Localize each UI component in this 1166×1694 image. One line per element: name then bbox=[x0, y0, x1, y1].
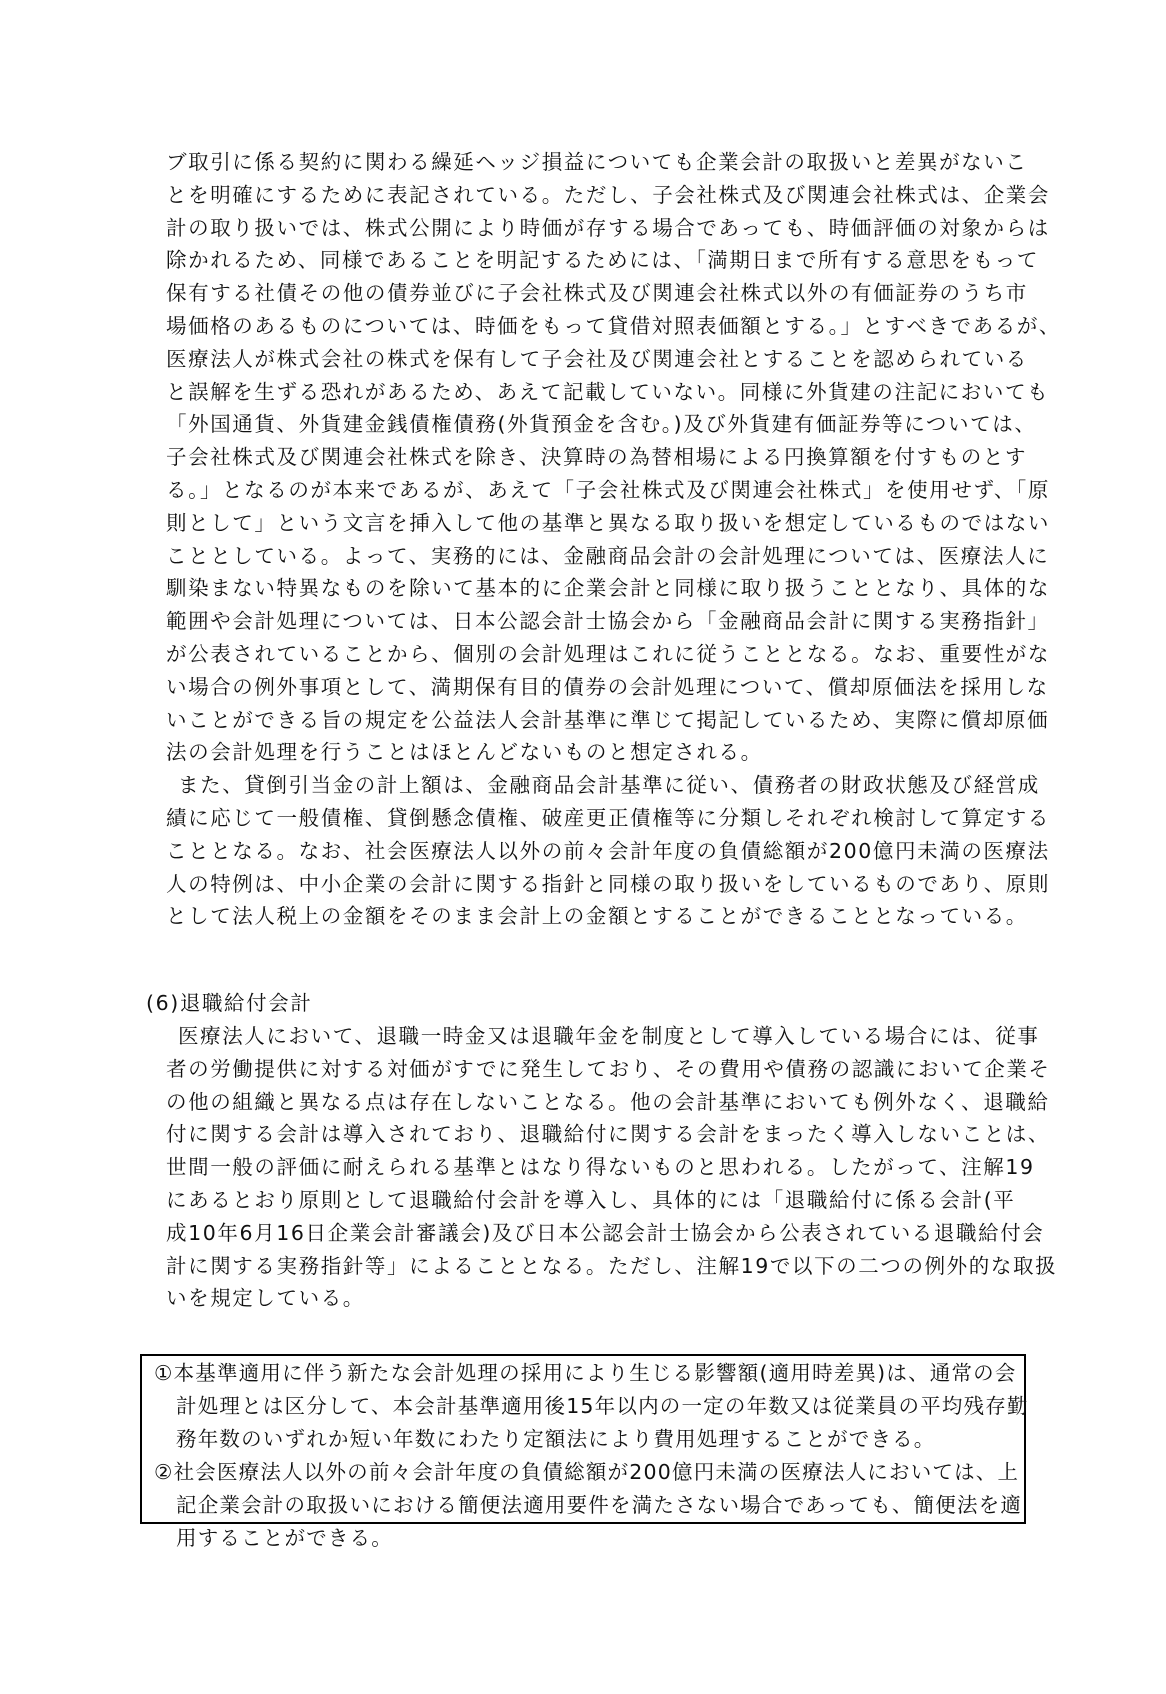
text-line: る。」となるのが本来であるが、あえて「子会社株式及び関連会社株式」を使用せず、「… bbox=[166, 474, 1028, 507]
exception-item-1-line: 務年数のいずれか短い年数にわたり定額法により費用処理することができる。 bbox=[154, 1423, 1029, 1456]
text-line: 人の特例は、中小企業の会計に関する指針と同様の取り扱いをしているものであり、原則 bbox=[166, 868, 1028, 901]
text-line: 馴染まない特異なものを除いて基本的に企業会計と同様に取り扱うこととなり、具体的な bbox=[166, 572, 1028, 605]
exception-item-2-line: ②社会医療法人以外の前々会計年度の負債総額が200億円未満の医療法人においては、… bbox=[154, 1456, 1029, 1489]
paragraph-financial-instruments: ブ取引に係る契約に関わる繰延ヘッジ損益についても企業会計の取扱いと差異がないこ … bbox=[166, 146, 1028, 933]
text-line: 子会社株式及び関連会社株式を除き、決算時の為替相場による円換算額を付すものとす bbox=[166, 441, 1028, 474]
text-line: 計の取り扱いでは、株式公開により時価が存する場合であっても、時価評価の対象からは bbox=[166, 212, 1028, 245]
text-line: とを明確にするために表記されている。ただし、子会社株式及び関連会社株式は、企業会 bbox=[166, 179, 1028, 212]
exceptions-list: ①本基準適用に伴う新たな会計処理の採用により生じる影響額(適用時差異)は、通常の… bbox=[154, 1357, 1029, 1555]
exception-item-2-line: 用することができる。 bbox=[154, 1522, 1029, 1555]
text-line: 場価格のあるものについては、時価をもって貸借対照表価額とする。」とすべきであるが… bbox=[166, 310, 1028, 343]
text-line: の他の組織と異なる点は存在しないことなる。他の会計基準においても例外なく、退職給 bbox=[166, 1086, 1028, 1119]
exception-item-2-line: 記企業会計の取扱いにおける簡便法適用要件を満たさない場合であっても、簡便法を適 bbox=[154, 1489, 1029, 1522]
text-line: 成10年6月16日企業会計審議会)及び日本公認会計士協会から公表されている退職給… bbox=[166, 1217, 1028, 1250]
paragraph-retirement-benefits: 医療法人において、退職一時金又は退職年金を制度として導入している場合には、従事 … bbox=[166, 1020, 1028, 1315]
text-line: ブ取引に係る契約に関わる繰延ヘッジ損益についても企業会計の取扱いと差異がないこ bbox=[166, 146, 1028, 179]
text-line: 績に応じて一般債権、貸倒懸念債権、破産更正債権等に分類しそれぞれ検討して算定する bbox=[166, 802, 1028, 835]
text-line: と誤解を生ずる恐れがあるため、あえて記載していない。同様に外貨建の注記においても bbox=[166, 376, 1028, 409]
text-line: 付に関する会計は導入されており、退職給付に関する会計をまったく導入しないことは、 bbox=[166, 1118, 1028, 1151]
text-line: 法の会計処理を行うことはほとんどないものと想定される。 bbox=[166, 736, 1028, 769]
text-line: 則として」という文言を挿入して他の基準と異なる取り扱いを想定しているものではない bbox=[166, 507, 1028, 540]
text-line: 計に関する実務指針等」によることとなる。ただし、注解19で以下の二つの例外的な取… bbox=[166, 1250, 1028, 1283]
text-line: が公表されていることから、個別の会計処理はこれに従うこととなる。なお、重要性がな bbox=[166, 638, 1028, 671]
text-line: また、貸倒引当金の計上額は、金融商品会計基準に従い、債務者の財政状態及び経営成 bbox=[166, 769, 1028, 802]
text-line: こととしている。よって、実務的には、金融商品会計の会計処理については、医療法人に bbox=[166, 540, 1028, 573]
text-line: 医療法人において、退職一時金又は退職年金を制度として導入している場合には、従事 bbox=[166, 1020, 1028, 1053]
text-line: にあるとおり原則として退職給付会計を導入し、具体的には「退職給付に係る会計(平 bbox=[166, 1184, 1028, 1217]
exception-item-1-line: 計処理とは区分して、本会計基準適用後15年以内の一定の年数又は従業員の平均残存勤 bbox=[154, 1390, 1029, 1423]
text-line: こととなる。なお、社会医療法人以外の前々会計年度の負債総額が200億円未満の医療… bbox=[166, 835, 1028, 868]
text-line: 範囲や会計処理については、日本公認会計士協会から「金融商品会計に関する実務指針」 bbox=[166, 605, 1028, 638]
text-line: 世間一般の評価に耐えられる基準とはなり得ないものと思われる。したがって、注解19 bbox=[166, 1151, 1028, 1184]
exception-item-1-line: ①本基準適用に伴う新たな会計処理の採用により生じる影響額(適用時差異)は、通常の… bbox=[154, 1357, 1029, 1390]
text-line: いことができる旨の規定を公益法人会計基準に準じて掲記しているため、実際に償却原価 bbox=[166, 704, 1028, 737]
section-heading-retirement-benefits: (6)退職給付会計 bbox=[146, 987, 312, 1020]
text-line: として法人税上の金額をそのまま会計上の金額とすることができることとなっている。 bbox=[166, 900, 1028, 933]
text-line: 保有する社債その他の債券並びに子会社株式及び関連会社株式以外の有価証券のうち市 bbox=[166, 277, 1028, 310]
text-line: 医療法人が株式会社の株式を保有して子会社及び関連会社とすることを認められている bbox=[166, 343, 1028, 376]
exceptions-box: ①本基準適用に伴う新たな会計処理の採用により生じる影響額(適用時差異)は、通常の… bbox=[140, 1354, 1026, 1524]
text-line: い場合の例外事項として、満期保有目的債券の会計処理について、償却原価法を採用しな bbox=[166, 671, 1028, 704]
text-line: 除かれるため、同様であることを明記するためには、「満期日まで所有する意思をもって bbox=[166, 244, 1028, 277]
text-line: 「外国通貨、外貨建金銭債権債務(外貨預金を含む。)及び外貨建有価証券等については… bbox=[166, 408, 1028, 441]
text-line: 者の労働提供に対する対価がすでに発生しており、その費用や債務の認識において企業そ bbox=[166, 1053, 1028, 1086]
text-line: いを規定している。 bbox=[166, 1282, 1028, 1315]
document-page: ブ取引に係る契約に関わる繰延ヘッジ損益についても企業会計の取扱いと差異がないこ … bbox=[0, 0, 1166, 1694]
